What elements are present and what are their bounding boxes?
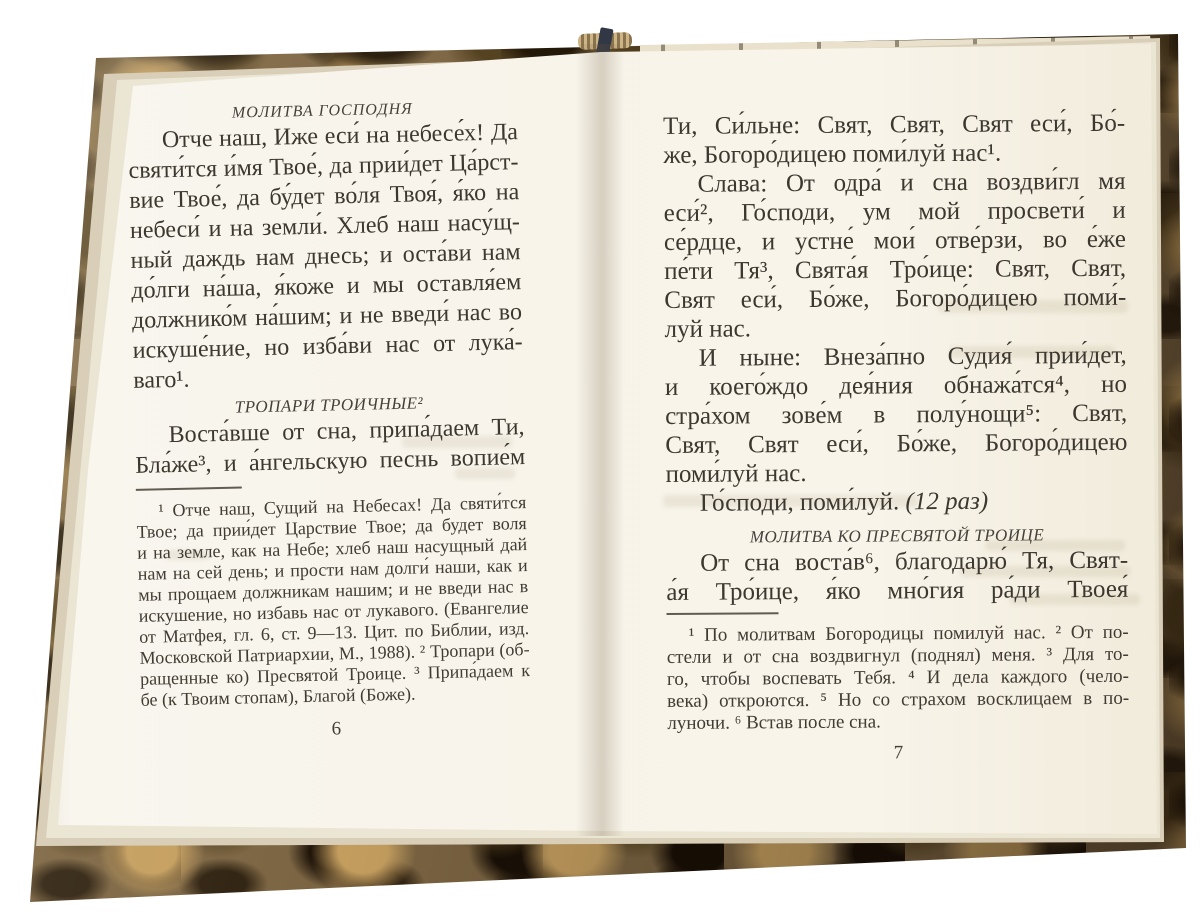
text-line: а́я Тро́ице, я́ко мно́гия ра́ди Твоея́ xyxy=(666,575,1128,607)
text-line: И ныне: Внеза́пно Судия́ прии́дет, xyxy=(665,341,1127,373)
page-number: 7 xyxy=(667,741,1129,766)
prayer-paragraph: Ти, Си́льне: Свят, Свят, Свят еси́, Бо́-… xyxy=(663,109,1125,170)
footnote-block: ¹ Отче наш, Сущий на Небесах! Да святи́т… xyxy=(136,492,531,711)
text-line: Свят, Свят еси́, Бо́же, Богоро́дицею xyxy=(665,428,1127,460)
prayer-paragraph: Го́споди, поми́луй. (12 раз) xyxy=(666,486,1128,518)
prayer-paragraph: И ныне: Внеза́пно Судия́ прии́дет,и коег… xyxy=(665,341,1128,489)
text-line: и коего́ждо дея́ния обнажа́тся⁴, но xyxy=(665,370,1127,402)
footnote-rule xyxy=(136,486,242,490)
italic-note: (12 раз) xyxy=(905,488,988,516)
text-line: стра́хом зове́м в полу́нощи⁵: Свят, xyxy=(665,399,1127,431)
text-line: Слава: От одра́ и сна воздви́гл мя xyxy=(663,167,1125,199)
text-line: стели и от сна воздвигнул (поднял) меня.… xyxy=(667,644,1129,669)
left-page-text: МОЛИТВА ГОСПОДНЯОтче наш, Иже еси́ на не… xyxy=(127,91,532,745)
footnote-block: ¹ По молитвам Богородицы помилуй нас. ² … xyxy=(667,622,1130,735)
right-page-text: Ти, Си́льне: Свят, Свят, Свят еси́, Бо́-… xyxy=(663,105,1130,766)
text-line: ¹ По молитвам Богородицы помилуй нас. ² … xyxy=(667,622,1129,647)
text-line: еси́², Го́споди, ум мой просвети́ и xyxy=(664,196,1126,228)
prayer-paragraph: Слава: От одра́ и сна воздви́гл мяеси́²,… xyxy=(663,167,1126,344)
gutter-shadow xyxy=(576,44,624,836)
text-line: Го́споди, поми́луй. (12 раз) xyxy=(666,486,1128,518)
text-line: се́рдце, и устне́ мои́ отве́рзи, во е́же xyxy=(664,225,1126,257)
text-line: луночи. ⁶ Встав после сна. xyxy=(667,710,1129,735)
text-line: Ти, Си́льне: Свят, Свят, Свят еси́, Бо́- xyxy=(663,109,1125,141)
text-line: же, Богоро́дицею поми́луй нас¹. xyxy=(663,138,1125,170)
open-prayer-book-photo: МОЛИТВА ГОСПОДНЯОтче наш, Иже еси́ на не… xyxy=(0,0,1200,923)
text-line: века) откроются. ⁵ Но со страхом восклиц… xyxy=(667,688,1129,713)
text-line: го, чтобы воспевать Тебя. ⁴ И дела каждо… xyxy=(667,666,1129,691)
prayer-paragraph: Отче наш, Иже еси́ на небесе́х! Дасвяти́… xyxy=(128,117,524,396)
footnote-rule xyxy=(667,612,779,615)
text-line: Свят еси́, Бо́же, Богоро́дицею поми́- xyxy=(664,283,1126,315)
text-line: луй нас. xyxy=(664,312,1126,344)
prayer-paragraph: От сна воста́в⁶, благодарю́ Тя, Свят-а́я… xyxy=(666,546,1128,607)
text-line: От сна воста́в⁶, благодарю́ Тя, Свят- xyxy=(666,546,1128,578)
section-heading: МОЛИТВА КО ПРЕСВЯТОЙ ТРОИЦЕ xyxy=(666,524,1128,549)
prayer-paragraph: Воста́вше от сна, припа́даем Ти,Бла́же³,… xyxy=(134,412,525,481)
text-line: поми́луй нас. xyxy=(665,457,1127,489)
text-line: пе́ти Тя³, Свята́я Тро́ице: Свят, Свят, xyxy=(664,254,1126,286)
